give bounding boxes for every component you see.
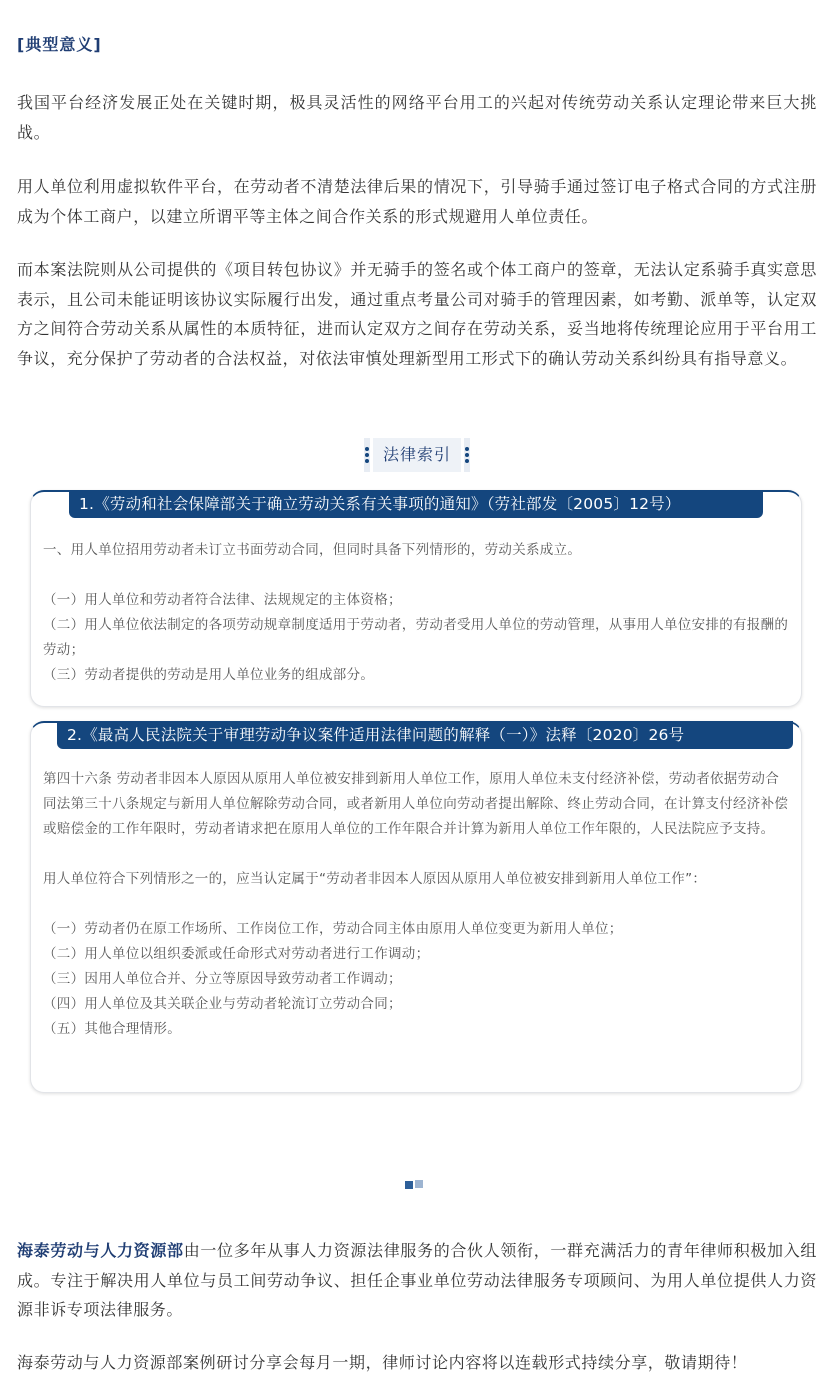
law-card-body: 一、用人单位招用劳动者未订立书面劳动合同，但同时具备下列情形的，劳动关系成立。 … — [43, 538, 791, 688]
paragraph-2: 用人单位利用虚拟软件平台，在劳动者不清楚法律后果的情况下，引导骑手通过签订电子格… — [17, 172, 817, 231]
paragraph-3: 而本案法院则从公司提供的《项目转包协议》并无骑手的签名或个体工商户的签章，无法认… — [17, 255, 817, 373]
law-clause: 第四十六条 劳动者非因本人原因从原用人单位被安排到新用人单位工作，原用人单位未支… — [43, 767, 791, 842]
law-item: （二）用人单位以组织委派或任命形式对劳动者进行工作调动； — [43, 942, 791, 967]
paragraph-1: 我国平台经济发展正处在关键时期，极具灵活性的网络平台用工的兴起对传统劳动关系认定… — [17, 88, 817, 147]
law-item: （四）用人单位及其关联企业与劳动者轮流订立劳动合同； — [43, 992, 791, 1017]
law-clause: 用人单位符合下列情形之一的，应当认定属于“劳动者非因本人原因从原用人单位被安排到… — [43, 867, 791, 892]
law-item: （一）用人单位和劳动者符合法律、法规规定的主体资格； — [43, 588, 791, 613]
law-card-2: 2.《最高人民法院关于审理劳动争议案件适用法律问题的解释（一）》法释〔2020〕… — [30, 721, 802, 1093]
law-item: （三）因用人单位合并、分立等原因导致劳动者工作调动； — [43, 967, 791, 992]
law-card-title: 2.《最高人民法院关于审理劳动争议案件适用法律问题的解释（一）》法释〔2020〕… — [57, 721, 793, 749]
legal-index-badge: 法律索引 — [364, 438, 470, 472]
law-item: （二）用人单位依法制定的各项劳动规章制度适用于劳动者，劳动者受用人单位的劳动管理… — [43, 613, 791, 663]
law-card-body: 第四十六条 劳动者非因本人原因从原用人单位被安排到新用人单位工作，原用人单位未支… — [43, 767, 791, 1042]
closing-note: 海泰劳动与人力资源部案例研讨分享会每月一期，律师讨论内容将以连载形式持续分享，敬… — [17, 1348, 817, 1378]
law-card-1: 1.《劳动和社会保障部关于确立劳动关系有关事项的通知》（劳社部发〔2005〕12… — [30, 490, 802, 707]
law-card-title: 1.《劳动和社会保障部关于确立劳动关系有关事项的通知》（劳社部发〔2005〕12… — [69, 490, 763, 518]
legal-index-label: 法律索引 — [373, 438, 461, 472]
dots-icon — [464, 438, 470, 472]
firm-intro: 海泰劳动与人力资源部由一位多年从事人力资源法律服务的合伙人领衔，一群充满活力的青… — [17, 1236, 817, 1325]
law-item: （三）劳动者提供的劳动是用人单位业务的组成部分。 — [43, 663, 791, 688]
section-heading: [典型意义] — [17, 32, 102, 55]
firm-name: 海泰劳动与人力资源部 — [17, 1241, 184, 1260]
law-item: （五）其他合理情形。 — [43, 1017, 791, 1042]
dots-icon — [364, 438, 370, 472]
section-divider-icon — [405, 1181, 423, 1189]
law-item: （一）劳动者仍在原工作场所、工作岗位工作，劳动合同主体由原用人单位变更为新用人单… — [43, 917, 791, 942]
law-clause: 一、用人单位招用劳动者未订立书面劳动合同，但同时具备下列情形的，劳动关系成立。 — [43, 538, 791, 563]
